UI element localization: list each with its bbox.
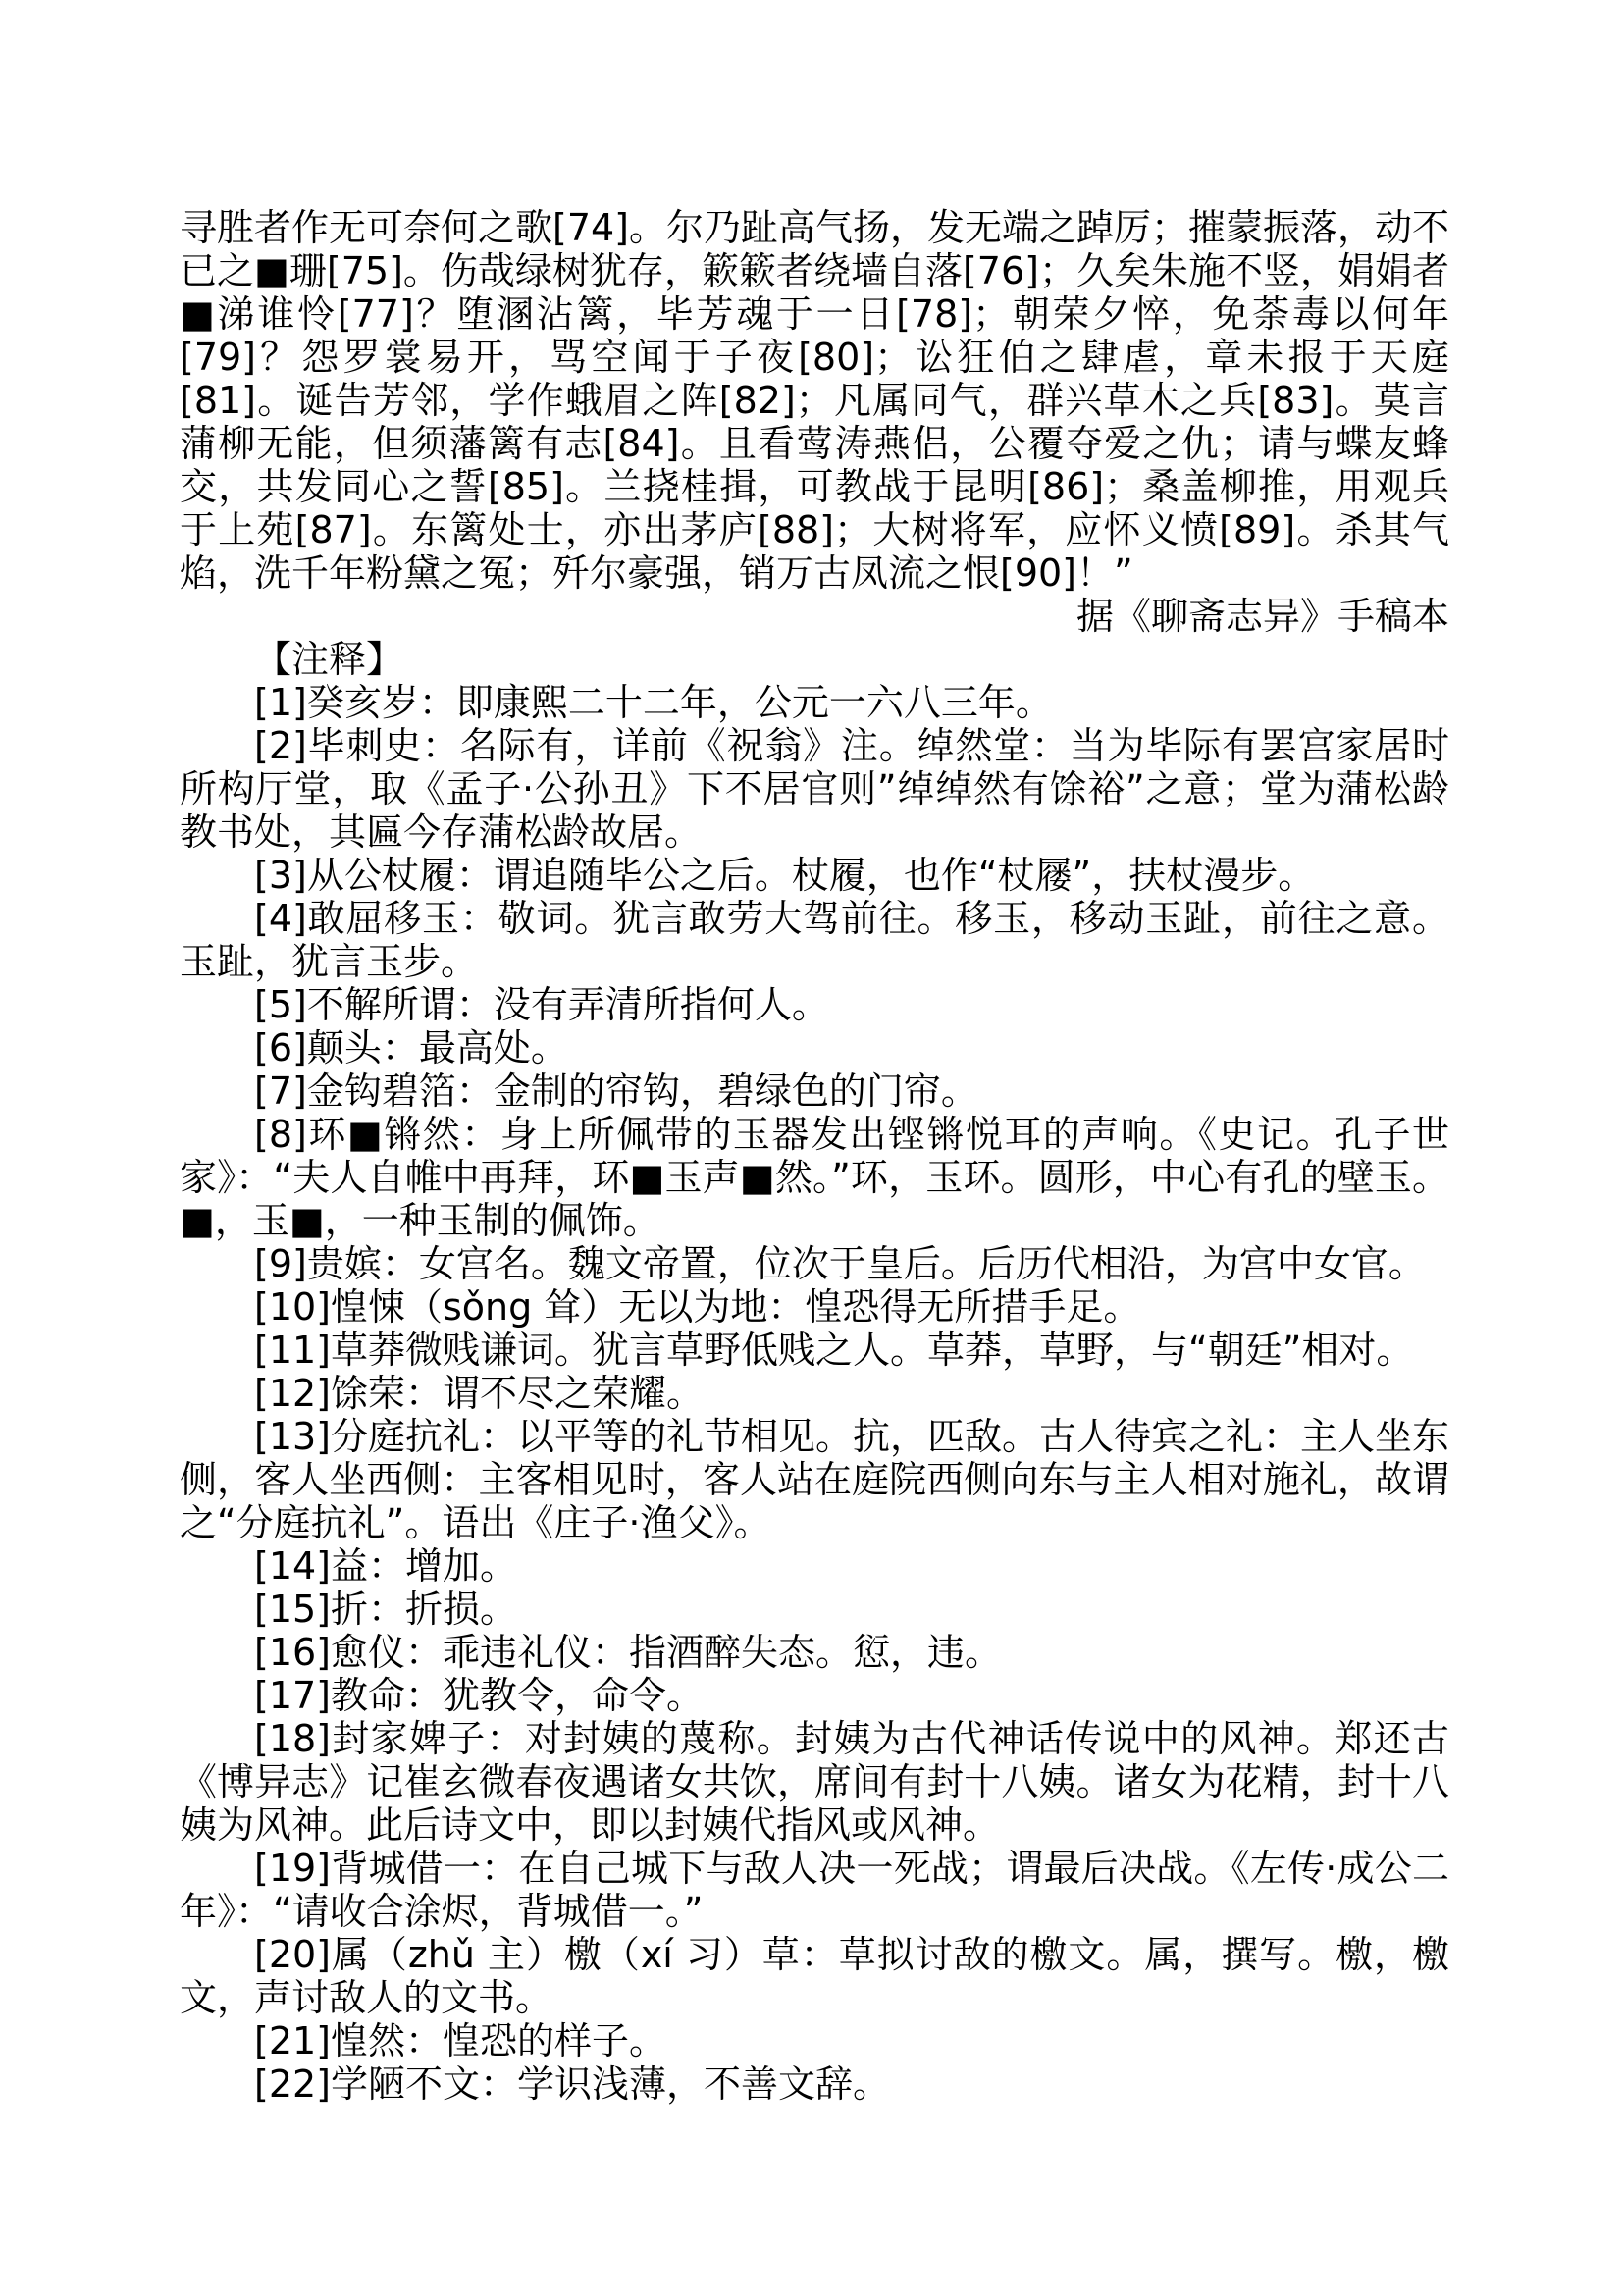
body-paragraph: 寻胜者作无可奈何之歌[74]。尔乃趾高气扬，发无端之踔厉；摧蒙振落，动不已之■珊…: [180, 206, 1449, 595]
note-item: [6]颠头：最高处。: [180, 1026, 1449, 1069]
note-item: [12]馀荣：谓不尽之荣耀。: [180, 1372, 1449, 1415]
note-item: [16]愈仪：乖违礼仪：指酒醉失态。愆，违。: [180, 1631, 1449, 1674]
note-item: [10]惶悚（sǒng 耸）无以为地：惶恐得无所措手足。: [180, 1285, 1449, 1329]
note-item: [5]不解所谓：没有弄清所指何人。: [180, 983, 1449, 1026]
note-item: [17]教命：犹教令，命令。: [180, 1674, 1449, 1717]
attribution-line: 据《聊斋志异》手稿本: [180, 595, 1449, 638]
note-item: [8]环■锵然：身上所佩带的玉器发出铿锵悦耳的声响。《史记。孔子世家》：“夫人自…: [180, 1113, 1449, 1242]
note-item: [22]学陋不文：学识浅薄，不善文辞。: [180, 2062, 1449, 2106]
note-item: [18]封家婢子：对封姨的蔑称。封姨为古代神话传说中的风神。郑还古《博异志》记崔…: [180, 1717, 1449, 1847]
note-item: [14]益：增加。: [180, 1544, 1449, 1588]
note-item: [3]从公杖履：谓追随毕公之后。杖履，也作“杖屦”，扶杖漫步。: [180, 854, 1449, 897]
document-text-block: 寻胜者作无可奈何之歌[74]。尔乃趾高气扬，发无端之踔厉；摧蒙振落，动不已之■珊…: [180, 206, 1449, 2106]
note-item: [4]敢屈移玉：敬词。犹言敢劳大驾前往。移玉，移动玉趾，前往之意。玉趾，犹言玉步…: [180, 897, 1449, 983]
note-item: [2]毕刺史：名际有，详前《祝翁》注。绰然堂：当为毕际有罢宫家居时所构厅堂，取《…: [180, 724, 1449, 854]
note-item: [15]折：折损。: [180, 1588, 1449, 1631]
notes-header: 【注释】: [180, 638, 1449, 681]
note-item: [20]属（zhǔ 主）檄（xí 习）草：草拟讨敌的檄文。属，撰写。檄，檄文，声…: [180, 1933, 1449, 2019]
note-item: [21]惶然：惶恐的样子。: [180, 2019, 1449, 2062]
note-item: [1]癸亥岁：即康熙二十二年，公元一六八三年。: [180, 681, 1449, 724]
note-item: [11]草莽微贱谦词。犹言草野低贱之人。草莽，草野，与“朝廷”相对。: [180, 1329, 1449, 1372]
note-item: [9]贵嫔：女宫名。魏文帝置，位次于皇后。后历代相沿，为宫中女官。: [180, 1242, 1449, 1285]
note-item: [19]背城借一：在自己城下与敌人决一死战；谓最后决战。《左传·成公二年》：“请…: [180, 1847, 1449, 1933]
note-item: [7]金钩碧箔：金制的帘钩，碧绿色的门帘。: [180, 1069, 1449, 1113]
document-page: 寻胜者作无可奈何之歌[74]。尔乃趾高气扬，发无端之踔厉；摧蒙振落，动不已之■珊…: [0, 0, 1624, 2294]
note-item: [13]分庭抗礼：以平等的礼节相见。抗，匹敌。古人待宾之礼：主人坐东侧，客人坐西…: [180, 1415, 1449, 1544]
